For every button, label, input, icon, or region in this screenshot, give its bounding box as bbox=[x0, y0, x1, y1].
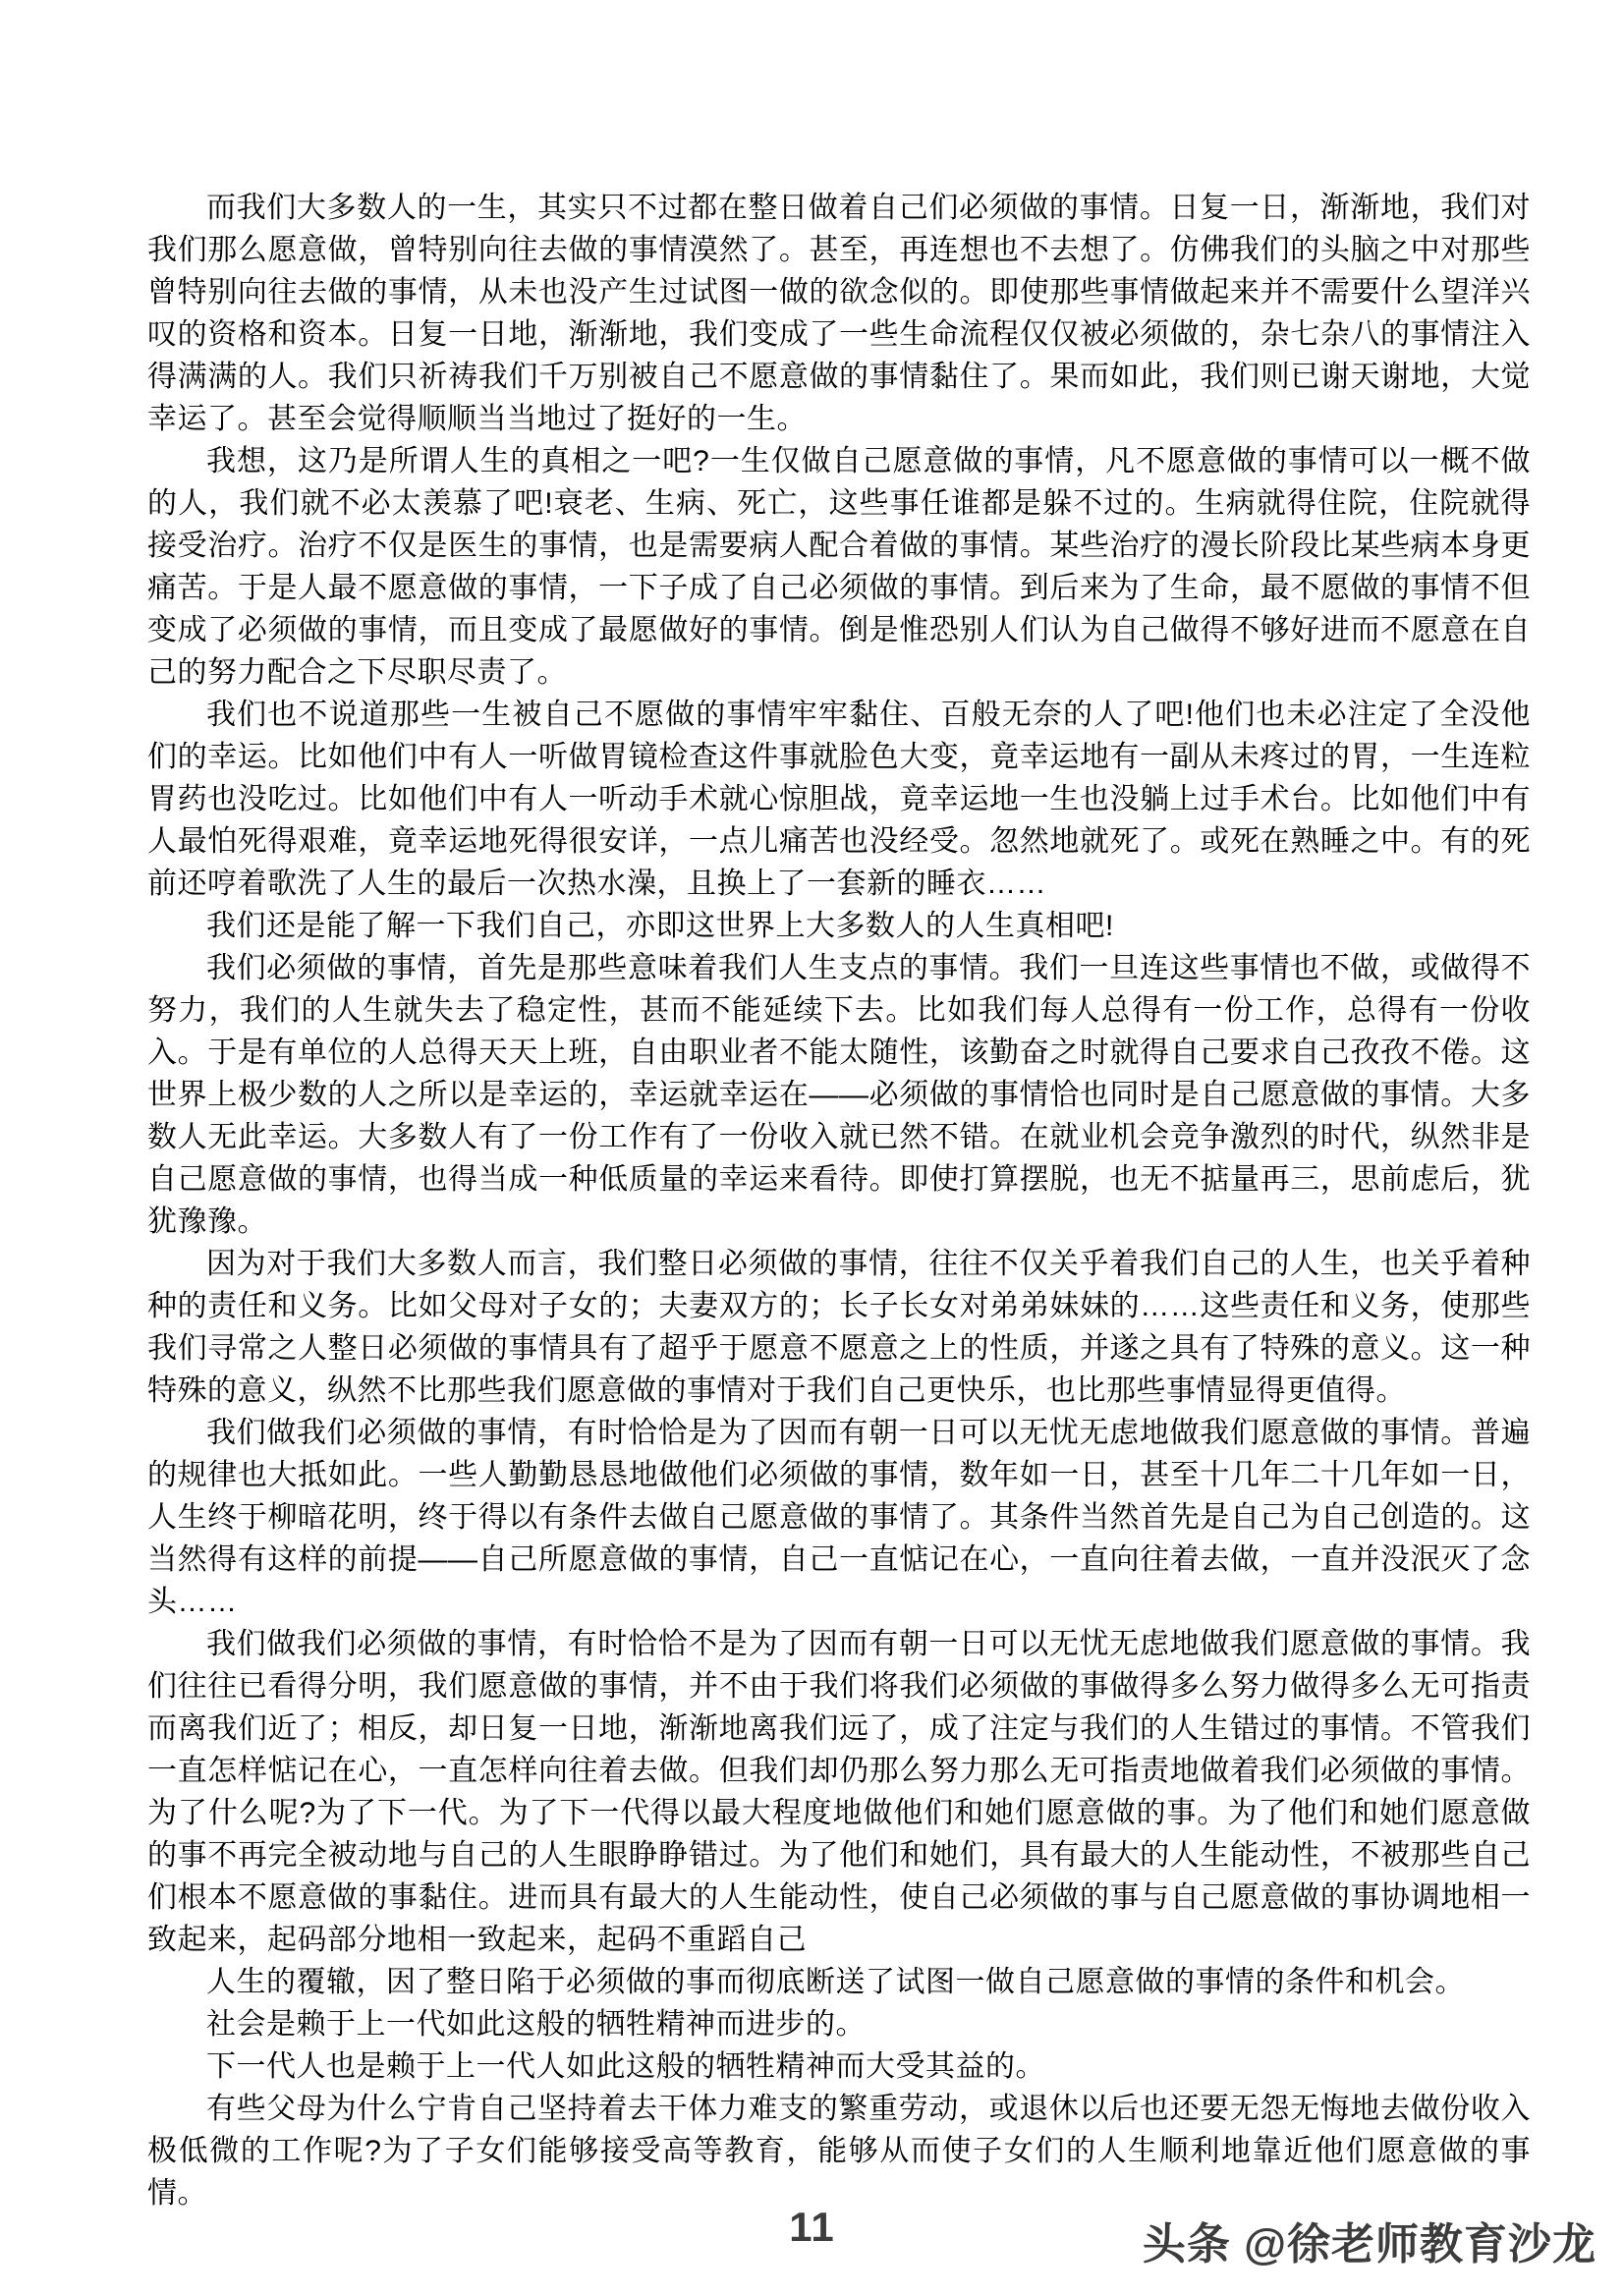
paragraph-5: 我们必须做的事情，首先是那些意味着我们人生支点的事情。我们一旦连这些事情也不做，… bbox=[147, 947, 1531, 1243]
document-page: 而我们大多数人的一生，其实只不过都在整日做着自己们必须做的事情。日复一日，渐渐地… bbox=[0, 0, 1624, 2296]
paragraph-10: 社会是赖于上一代如此这般的牺牲精神而进步的。 bbox=[147, 2003, 1531, 2045]
paragraph-6: 因为对于我们大多数人而言，我们整日必须做的事情，往往不仅关乎着我们自己的人生，也… bbox=[147, 1243, 1531, 1412]
paragraph-2: 我想，这乃是所谓人生的真相之一吧?一生仅做自己愿意做的事情，凡不愿意做的事情可以… bbox=[147, 440, 1531, 694]
paragraph-1: 而我们大多数人的一生，其实只不过都在整日做着自己们必须做的事情。日复一日，渐渐地… bbox=[147, 187, 1531, 440]
paragraph-12: 有些父母为什么宁肯自己坚持着去干体力难支的繁重劳动，或退休以后也还要无怨无悔地去… bbox=[147, 2088, 1531, 2214]
paragraph-9: 人生的覆辙，因了整日陷于必须做的事而彻底断送了试图一做自己愿意做的事情的条件和机… bbox=[147, 1961, 1531, 2003]
body-text: 而我们大多数人的一生，其实只不过都在整日做着自己们必须做的事情。日复一日，渐渐地… bbox=[147, 187, 1531, 2214]
paragraph-3: 我们也不说道那些一生被自己不愿做的事情牢牢黏住、百般无奈的人了吧!他们也未必注定… bbox=[147, 694, 1531, 905]
paragraph-8: 我们做我们必须做的事情，有时恰恰不是为了因而有朝一日可以无忧无虑地做我们愿意做的… bbox=[147, 1623, 1531, 1961]
watermark: 头条 @徐老师教育沙龙 bbox=[1143, 2209, 1596, 2271]
paragraph-4: 我们还是能了解一下我们自己，亦即这世界上大多数人的人生真相吧! bbox=[147, 905, 1531, 947]
paragraph-11: 下一代人也是赖于上一代人如此这般的牺牲精神而大受其益的。 bbox=[147, 2045, 1531, 2088]
paragraph-7: 我们做我们必须做的事情，有时恰恰是为了因而有朝一日可以无忧无虑地做我们愿意做的事… bbox=[147, 1412, 1531, 1623]
